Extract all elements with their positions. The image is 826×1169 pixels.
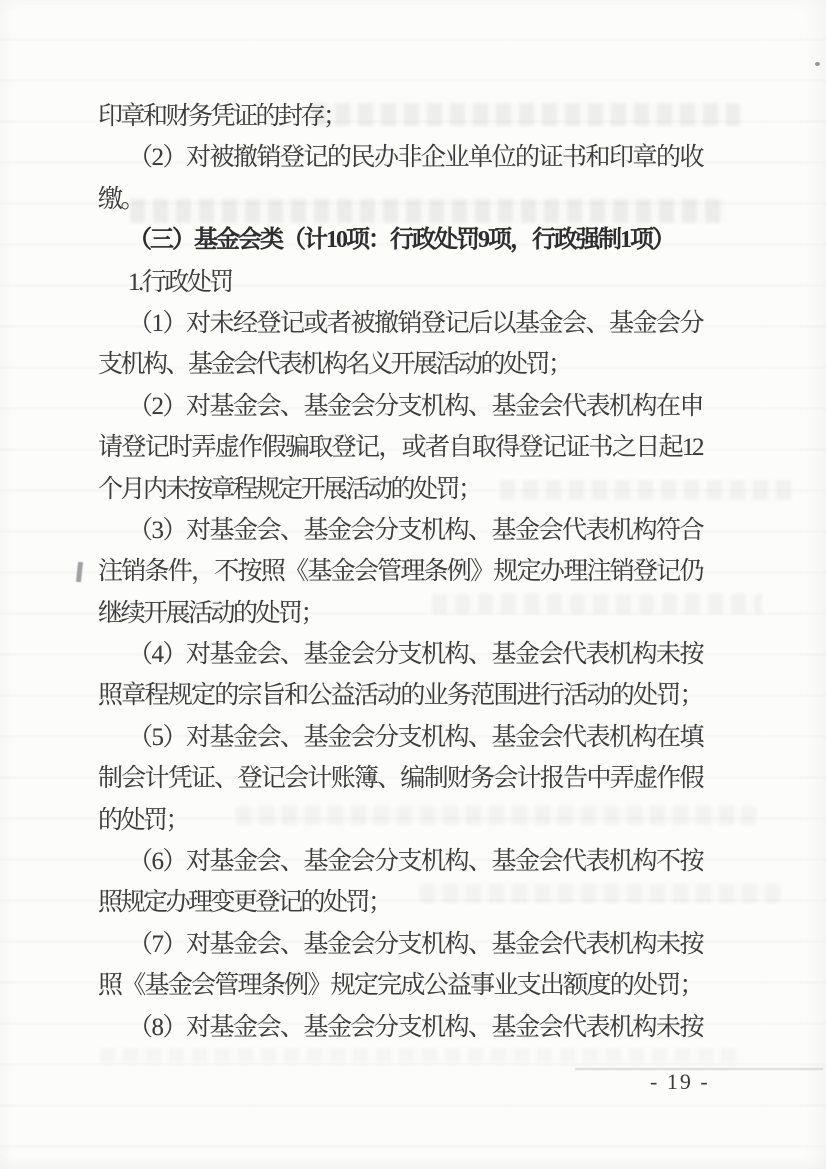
text-line: 1.行政处罚 bbox=[98, 262, 702, 303]
text-line: 请登记时弄虚作假骗取登记，或者自取得登记证书之日起12 bbox=[98, 427, 702, 468]
text-line: （3）对基金会、基金会分支机构、基金会代表机构符合 bbox=[98, 510, 702, 551]
text-line: 个月内未按章程规定开展活动的处罚； bbox=[98, 469, 702, 510]
page-number: - 19 - bbox=[650, 1069, 710, 1095]
scan-artifact bbox=[76, 562, 83, 582]
text-line: （8）对基金会、基金会分支机构、基金会代表机构未按 bbox=[98, 1007, 702, 1048]
text-line: （2）对基金会、基金会分支机构、基金会代表机构在申 bbox=[98, 386, 702, 427]
text-line: （7）对基金会、基金会分支机构、基金会代表机构未按 bbox=[98, 924, 702, 965]
text-line: 照《基金会管理条例》规定完成公益事业支出额度的处罚； bbox=[98, 965, 702, 1006]
text-line: 注销条件，不按照《基金会管理条例》规定办理注销登记仍 bbox=[98, 551, 702, 592]
text-line: 支机构、基金会代表机构名义开展活动的处罚； bbox=[98, 344, 702, 385]
text-line: （1）对未经登记或者被撤销登记后以基金会、基金会分 bbox=[98, 303, 702, 344]
bleedthrough-ghost-text bbox=[100, 1048, 740, 1063]
text-line: （5）对基金会、基金会分支机构、基金会代表机构在填 bbox=[98, 717, 702, 758]
text-line: （6）对基金会、基金会分支机构、基金会代表机构不按 bbox=[98, 841, 702, 882]
text-line: 继续开展活动的处罚； bbox=[98, 593, 702, 634]
text-line: 缴。 bbox=[98, 179, 702, 220]
text-line: （2）对被撤销登记的民办非企业单位的证书和印章的收 bbox=[98, 137, 702, 178]
text-line: 照规定办理变更登记的处罚； bbox=[98, 882, 702, 923]
text-line: 印章和财务凭证的封存； bbox=[98, 96, 702, 137]
scan-artifact bbox=[815, 62, 820, 66]
section-heading-line: （三）基金会类（计10项：行政处罚9项，行政强制1项） bbox=[98, 220, 702, 261]
document-body: 印章和财务凭证的封存；（2）对被撤销登记的民办非企业单位的证书和印章的收缴。（三… bbox=[98, 96, 702, 1048]
text-line: 制会计凭证、登记会计账簿、编制财务会计报告中弄虚作假 bbox=[98, 758, 702, 799]
text-line: （4）对基金会、基金会分支机构、基金会代表机构未按 bbox=[98, 634, 702, 675]
scanned-document-page: 印章和财务凭证的封存；（2）对被撤销登记的民办非企业单位的证书和印章的收缴。（三… bbox=[0, 0, 826, 1169]
text-line: 照章程规定的宗旨和公益活动的业务范围进行活动的处罚； bbox=[98, 675, 702, 716]
text-line: 的处罚； bbox=[98, 800, 702, 841]
